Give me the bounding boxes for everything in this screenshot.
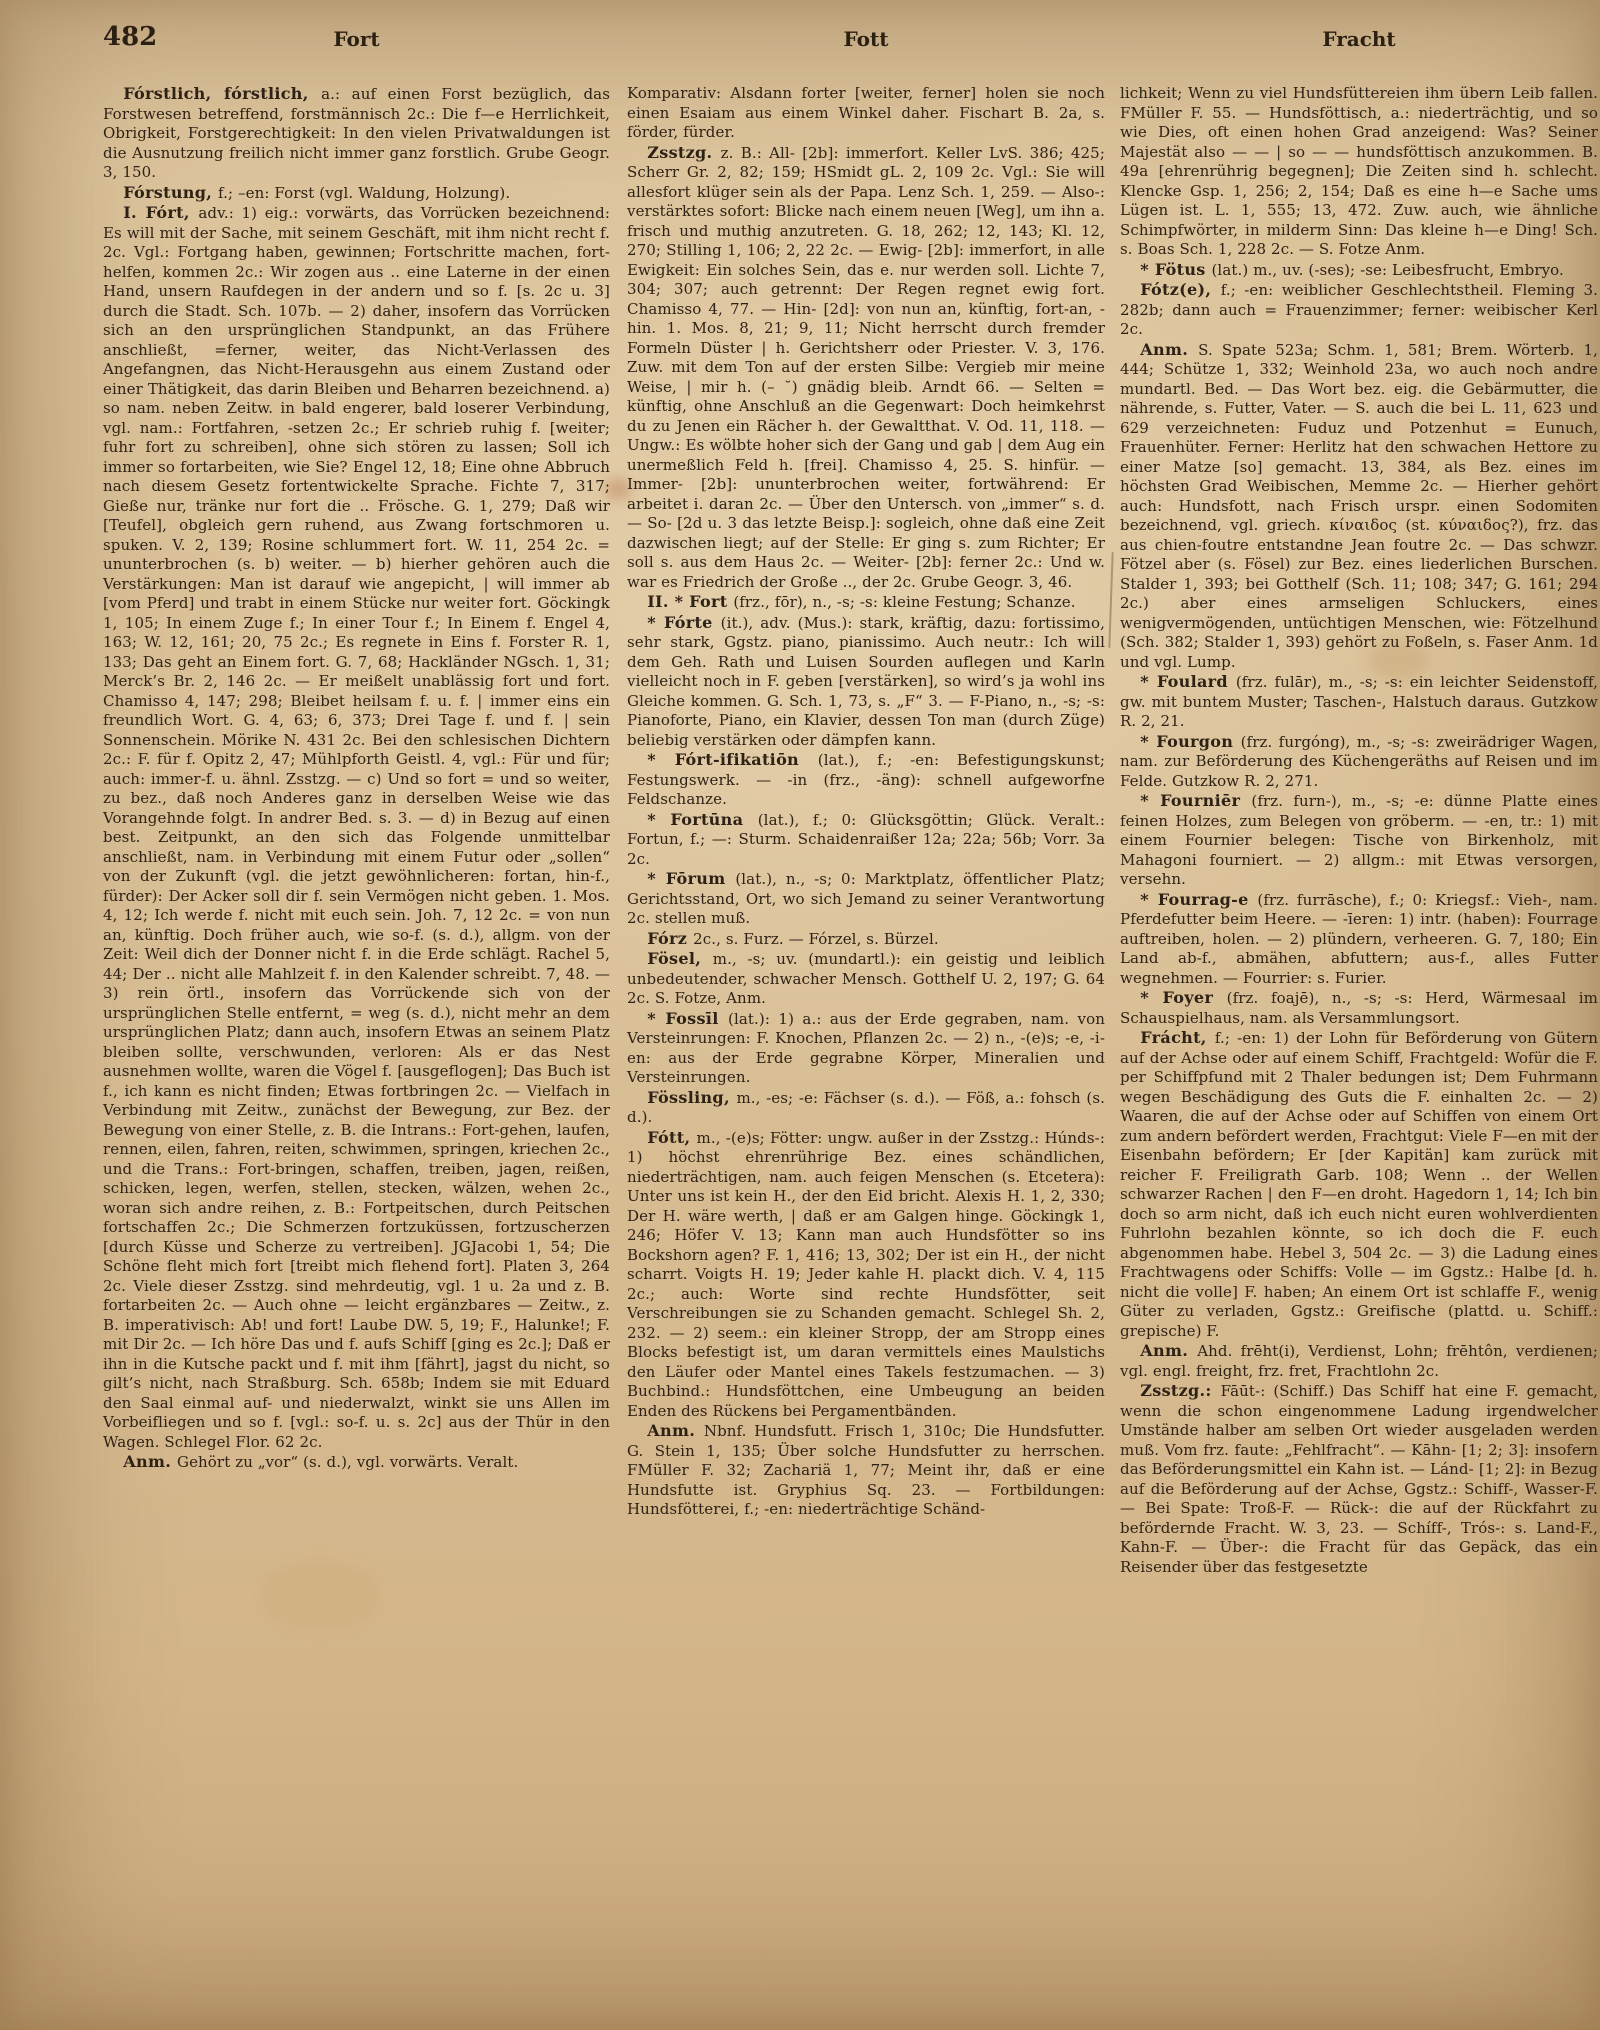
entry-headword: * Foyer [1140, 988, 1226, 1007]
entry-text: z. B.: All- [2b]: immerfort. Keller LvS.… [627, 144, 1105, 591]
entry-headword: * Fossīl [647, 1009, 728, 1028]
dictionary-paragraph: * Fórt-ifikatiōn (lat.), f.; -en: Befest… [627, 750, 1105, 810]
entry-headword: Fórstlich, fórstlich, [123, 84, 321, 103]
entry-headword: Fösel, [647, 949, 713, 968]
print-artifact-line [1108, 552, 1113, 648]
entry-headword: * Fourniēr [1140, 791, 1251, 810]
entry-headword: * Foulard [1140, 672, 1236, 691]
dictionary-paragraph: * Foyer (frz. foajē), n., -s; -s: Herd, … [1120, 988, 1598, 1028]
dictionary-paragraph: Zsstzg. z. B.: All- [2b]: immerfort. Kel… [627, 143, 1105, 593]
dictionary-paragraph: Fórz 2c., s. Furz. — Fórzel, s. Bürzel. [627, 929, 1105, 950]
entry-text: Fāūt-: (Schiff.) Das Schiff hat eine F. … [1120, 1382, 1598, 1576]
entry-headword: Fótt, [647, 1128, 696, 1147]
entry-headword: Zsstzg. [647, 143, 720, 162]
dictionary-paragraph: * Fortūna (lat.), f.; 0: Glücksgöttin; G… [627, 810, 1105, 870]
entry-headword: Fössling, [647, 1088, 736, 1107]
entry-text: S. Spate 523a; Schm. 1, 581; Brem. Wörte… [1120, 341, 1598, 671]
entry-headword: Zsstzg.: [1140, 1381, 1220, 1400]
entry-headword: I. Fórt, [123, 203, 198, 222]
entry-headword: Anm. [647, 1421, 704, 1440]
dictionary-paragraph: Anm. Ahd. frēht(i), Verdienst, Lohn; frē… [1120, 1341, 1598, 1381]
entry-text: (it.), adv. (Mus.): stark, kräftig, dazu… [627, 614, 1105, 749]
entry-text: adv.: 1) eig.: vorwärts, das Vorrücken b… [103, 204, 610, 1451]
dictionary-paragraph: Zsstzg.: Fāūt-: (Schiff.) Das Schiff hat… [1120, 1381, 1598, 1577]
entry-text: f.; –en: Forst (vgl. Waldung, Holzung). [218, 184, 510, 202]
entry-headword: Fótz(e), [1140, 280, 1220, 299]
running-head-fott: Fott [627, 27, 1105, 51]
dictionary-paragraph: Fössling, m., -es; -e: Fächser (s. d.). … [627, 1088, 1105, 1128]
text-column-right: lichkeit; Wenn zu viel Hundsfüttereien i… [1120, 84, 1598, 1577]
dictionary-paragraph: Anm. Gehört zu „vor“ (s. d.), vgl. vorwä… [103, 1452, 610, 1473]
entry-text: (frz., fōr), n., -s; -s: kleine Festung;… [733, 593, 1075, 611]
dictionary-paragraph: Fórstlich, fórstlich, a.: auf einen Fors… [103, 84, 610, 183]
entry-text: lichkeit; Wenn zu viel Hundsfüttereien i… [1120, 84, 1598, 258]
dictionary-paragraph: * Foulard (frz. fulār), m., -s; -s: ein … [1120, 672, 1598, 732]
dictionary-paragraph: II. * Fort (frz., fōr), n., -s; -s: klei… [627, 592, 1105, 613]
dictionary-paragraph: * Fossīl (lat.): 1) a.: aus der Erde geg… [627, 1009, 1105, 1088]
entry-headword: Anm. [123, 1452, 177, 1471]
paper-stain [260, 1560, 380, 1630]
text-column-middle: Komparativ: Alsdann forter [weiter, fern… [627, 84, 1105, 1520]
entry-text: Gehört zu „vor“ (s. d.), vgl. vorwärts. … [177, 1453, 518, 1471]
entry-headword: * Fötus [1140, 260, 1211, 279]
dictionary-paragraph: * Fórte (it.), adv. (Mus.): stark, kräft… [627, 613, 1105, 751]
entry-headword: II. * Fort [647, 592, 733, 611]
running-head-fort: Fort [103, 27, 610, 51]
running-head-fracht: Fracht [1120, 27, 1598, 51]
entry-text: f.; -en: 1) der Lohn für Beförderung von… [1120, 1029, 1598, 1340]
entry-headword: * Fortūna [647, 810, 757, 829]
entry-headword: Fórstung, [123, 183, 218, 202]
entry-text: m., -(e)s; Fötter: ungw. außer in der Zs… [627, 1129, 1105, 1420]
dictionary-paragraph: I. Fórt, adv.: 1) eig.: vorwärts, das Vo… [103, 203, 610, 1452]
dictionary-paragraph: Fótz(e), f.; -en: weiblicher Geschlechts… [1120, 280, 1598, 340]
entry-headword: * Fórte [647, 613, 720, 632]
entry-headword: Anm. [1140, 1341, 1197, 1360]
entry-text: 2c., s. Furz. — Fórzel, s. Bürzel. [693, 930, 939, 948]
dictionary-paragraph: Fótt, m., -(e)s; Fötter: ungw. außer in … [627, 1128, 1105, 1422]
dictionary-paragraph: * Fourniēr (frz. furn-), m., -s; -e: dün… [1120, 791, 1598, 890]
entry-headword: Fórz [647, 929, 693, 948]
entry-headword: * Fourrag-e [1140, 890, 1257, 909]
entry-text: Komparativ: Alsdann forter [weiter, fern… [627, 84, 1105, 141]
dictionary-paragraph: Komparativ: Alsdann forter [weiter, fern… [627, 84, 1105, 143]
entry-headword: Anm. [1140, 340, 1198, 359]
entry-headword: * Fōrum [647, 869, 735, 888]
dictionary-paragraph: * Fourrag-e (frz. furrāsche), f.; 0: Kri… [1120, 890, 1598, 989]
entry-text: (lat.) m., uv. (-ses); -se: Leibesfrucht… [1211, 261, 1563, 279]
dictionary-paragraph: Fösel, m., -s; uv. (mundartl.): ein geis… [627, 949, 1105, 1009]
dictionary-paragraph: Anm. S. Spate 523a; Schm. 1, 581; Brem. … [1120, 340, 1598, 673]
entry-headword: * Fórt-ifikatiōn [647, 750, 818, 769]
dictionary-paragraph: * Fötus (lat.) m., uv. (-ses); -se: Leib… [1120, 260, 1598, 281]
dictionary-paragraph: lichkeit; Wenn zu viel Hundsfüttereien i… [1120, 84, 1598, 260]
entry-headword: * Fourgon [1140, 732, 1240, 751]
dictionary-paragraph: * Fourgon (frz. furgóng), m., -s; -s: zw… [1120, 732, 1598, 792]
dictionary-paragraph: * Fōrum (lat.), n., -s; 0: Marktplatz, ö… [627, 869, 1105, 929]
text-column-left: Fórstlich, fórstlich, a.: auf einen Fors… [103, 84, 610, 1473]
dictionary-paragraph: Frácht, f.; -en: 1) der Lohn für Beförde… [1120, 1028, 1598, 1341]
dictionary-paragraph: Fórstung, f.; –en: Forst (vgl. Waldung, … [103, 183, 610, 204]
dictionary-paragraph: Anm. Nbnf. Hundsfutt. Frisch 1, 310c; Di… [627, 1421, 1105, 1520]
entry-headword: Frácht, [1140, 1028, 1215, 1047]
